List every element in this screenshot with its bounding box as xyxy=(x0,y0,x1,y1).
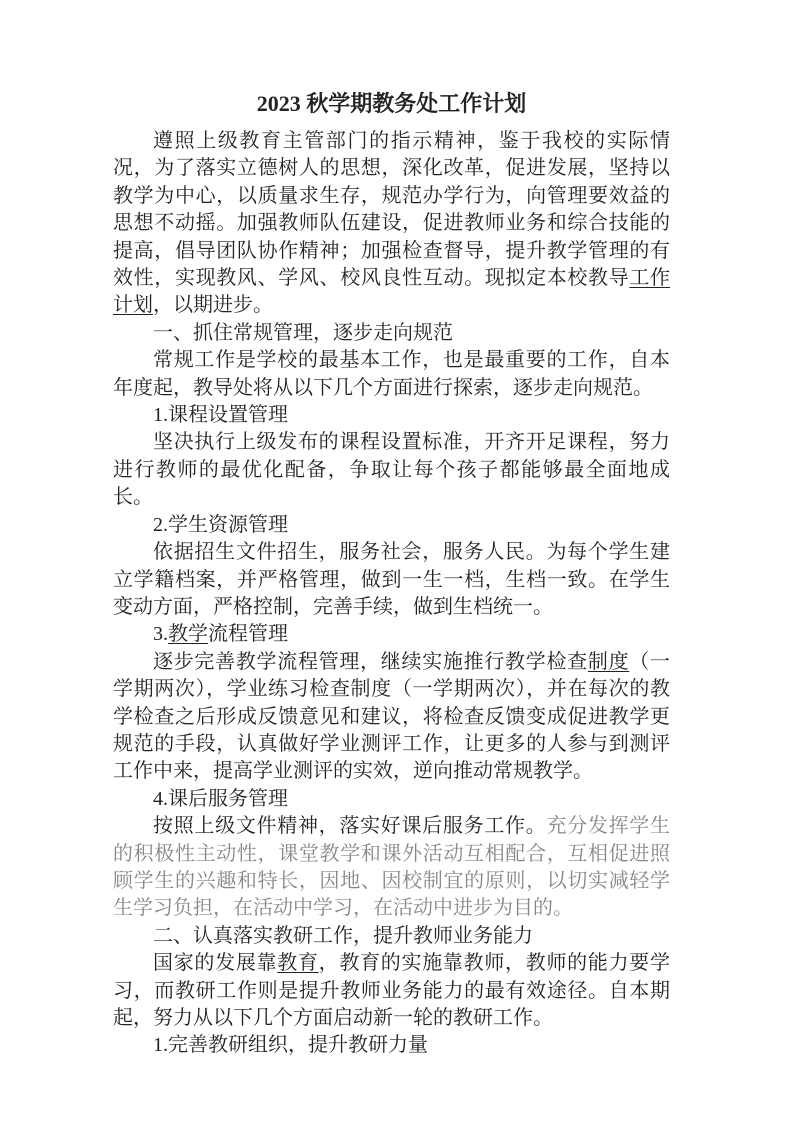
paragraph: 依据招生文件招生，服务社会，服务人民。为每个学生建立学籍档案，并严格管理，做到一… xyxy=(113,539,670,621)
paragraph: 常规工作是学校的最基本工作，也是最重要的工作，自本年度起，教导处将从以下几个方面… xyxy=(113,347,670,402)
text-run: ，以期进步。 xyxy=(153,294,273,316)
section-heading: 1.课程设置管理 xyxy=(113,402,670,429)
document-content: 2023 秋学期教务处工作计划 遵照上级教育主管部门的指示精神，鉴于我校的实际情… xyxy=(113,92,670,1060)
document-title: 2023 秋学期教务处工作计划 xyxy=(113,92,670,116)
text-run: 依据招生文件招生，服务社会，服务人民。为每个学生建立学籍档案，并严格管理，做到一… xyxy=(113,541,670,618)
text-run: 1.完善教研组织，提升教研力量 xyxy=(153,1034,428,1056)
text-run: 遵照上级教育主管部门的指示精神，鉴于我校的实际情况，为了落实立德树人的思想，深化… xyxy=(113,130,670,289)
paragraph: 坚决执行上级发布的课程设置标准，开齐开足课程，努力进行教师的最优化配备，争取让每… xyxy=(113,429,670,511)
text-run: 1.课程设置管理 xyxy=(153,404,288,426)
text-run: 坚决执行上级发布的课程设置标准，开齐开足课程，努力进行教师的最优化配备，争取让每… xyxy=(113,431,670,508)
underlined-text-run: 教育 xyxy=(277,952,318,974)
text-run: 流程管理 xyxy=(208,623,288,645)
paragraph: 遵照上级教育主管部门的指示精神，鉴于我校的实际情况，为了落实立德树人的思想，深化… xyxy=(113,128,670,320)
section-heading: 4.课后服务管理 xyxy=(113,786,670,813)
section-heading: 一、抓住常规管理，逐步走向规范 xyxy=(113,320,670,347)
text-run: 二、认真落实教研工作，提升教师业务能力 xyxy=(153,925,533,947)
text-run: 按照上级文件精神，落实好课后服务工作。 xyxy=(153,815,546,837)
text-run: 一、抓住常规管理，逐步走向规范 xyxy=(153,322,453,344)
section-heading: 3.教学流程管理 xyxy=(113,621,670,648)
section-heading: 1.完善教研组织，提升教研力量 xyxy=(113,1032,670,1059)
text-run: 4.课后服务管理 xyxy=(153,788,288,810)
text-run: 常规工作是学校的最基本工作，也是最重要的工作，自本年度起，教导处将从以下几个方面… xyxy=(113,349,670,398)
paragraph: 国家的发展靠教育，教育的实施靠教师，教师的能力要学习，而教研工作则是提升教师业务… xyxy=(113,950,670,1032)
section-heading: 2.学生资源管理 xyxy=(113,512,670,539)
paragraph: 逐步完善教学流程管理，继续实施推行教学检查制度（一学期两次），学业练习检查制度（… xyxy=(113,649,670,786)
underlined-text-run: 制度 xyxy=(588,651,629,673)
text-run: 国家的发展靠 xyxy=(153,952,277,974)
text-run: 3. xyxy=(153,623,168,645)
text-run: 2.学生资源管理 xyxy=(153,514,288,536)
section-heading: 二、认真落实教研工作，提升教师业务能力 xyxy=(113,923,670,950)
document-body: 遵照上级教育主管部门的指示精神，鉴于我校的实际情况，为了落实立德树人的思想，深化… xyxy=(113,128,670,1060)
document-page: 2023 秋学期教务处工作计划 遵照上级教育主管部门的指示精神，鉴于我校的实际情… xyxy=(0,0,793,1122)
paragraph: 按照上级文件精神，落实好课后服务工作。充分发挥学生的积极性主动性，课堂教学和课外… xyxy=(113,813,670,923)
text-run: 逐步完善教学流程管理，继续实施推行教学检查 xyxy=(153,651,588,673)
underlined-text-run: 教学 xyxy=(168,623,208,645)
